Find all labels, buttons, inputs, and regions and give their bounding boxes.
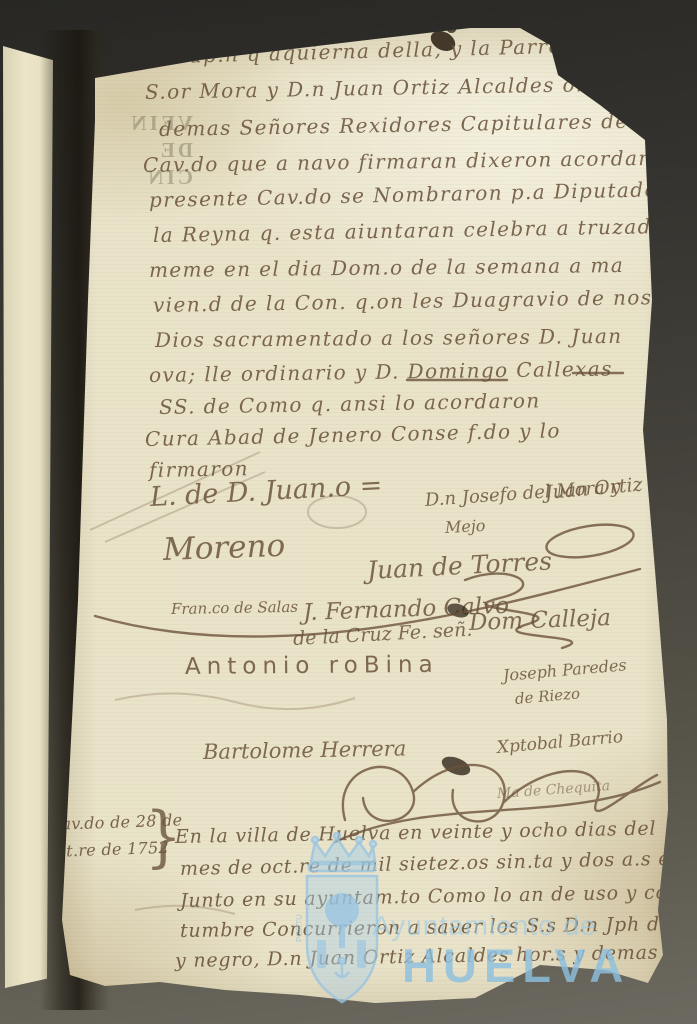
signature: Moreno xyxy=(162,528,285,568)
folio-number-ink: 23 xyxy=(571,30,600,57)
ink-blot xyxy=(447,26,456,33)
signature-rubric-oval xyxy=(544,519,636,562)
manuscript-line: Cap.n q aquierna della, y la Parrochia q… xyxy=(173,31,653,68)
rubric-loop xyxy=(343,767,414,821)
signature: Joseph Paredes xyxy=(502,655,627,685)
signature: Fran.co de Salas xyxy=(171,598,298,618)
manuscript-line: demas Señores Rexidores Capitulares dest… xyxy=(159,108,663,141)
signature: de Riezo xyxy=(514,684,580,708)
signature: Dom Calleja xyxy=(469,605,612,636)
pillar-right xyxy=(357,940,366,968)
manuscript-line: SS. de Como q. ansi lo acordaron xyxy=(159,388,541,419)
folio-number-pencil: -55- xyxy=(599,51,650,85)
manuscript-line: Cura Abad de Jenero Conse f.do y lo xyxy=(145,418,561,451)
ink-smudge xyxy=(439,753,473,779)
crown-band xyxy=(309,864,375,871)
paragraph-line: mes de oct.re de mil sietez.os sin.ta y … xyxy=(180,846,697,880)
signature: Juan Ortiz xyxy=(544,474,643,504)
tree-canopy xyxy=(325,893,359,927)
faint-bleed-script xyxy=(115,693,355,709)
manuscript-line: vien.d de la Con. q.on les Duagravio de … xyxy=(153,285,653,317)
pillar-left xyxy=(317,940,326,968)
tree-trunk xyxy=(339,924,345,948)
archive-scan: VEIN DE CIN 23 -55- Cap.n q aquierna del… xyxy=(0,0,697,1024)
paragraph-line: En la villa de Huelva en veinte y ocho d… xyxy=(175,818,657,848)
manuscript-line: ova; lle ordinario y D. Domingo Callexas xyxy=(149,357,613,387)
signature: Xptobal Barrio xyxy=(496,727,624,758)
crown xyxy=(311,838,375,862)
manuscript-line: la Reyna q. esta aiuntaran celebra a tru… xyxy=(153,214,652,247)
paragraph-line: Junto en su ayuntam.to Como lo an de uso… xyxy=(180,881,679,912)
signature: Mejo xyxy=(445,516,486,537)
manuscript-line: Dios sacramentado a los señores D. Juan xyxy=(155,324,623,352)
manuscript-line: S.or Mora y D.n Juan Ortiz Alcaldes ordi… xyxy=(145,71,681,104)
manuscript-line: meme en el dia Dom.o de la semana a ma xyxy=(149,253,624,282)
signature: Ma de Chequita xyxy=(496,778,610,802)
signature-crude: Antonio roBina xyxy=(185,652,439,680)
signature: Bartolome Herrera xyxy=(203,736,407,764)
watermark-city-name: HUELVA xyxy=(402,938,630,993)
signature: Juan de Torres xyxy=(366,546,552,585)
manuscript-line: presente Cav.do se Nombraron p.a Diputad… xyxy=(149,176,697,212)
manuscript-line: Cav.do que a navo firmaran dixeron acord… xyxy=(143,144,697,177)
shield-motto-text: PORTU xyxy=(295,914,304,942)
